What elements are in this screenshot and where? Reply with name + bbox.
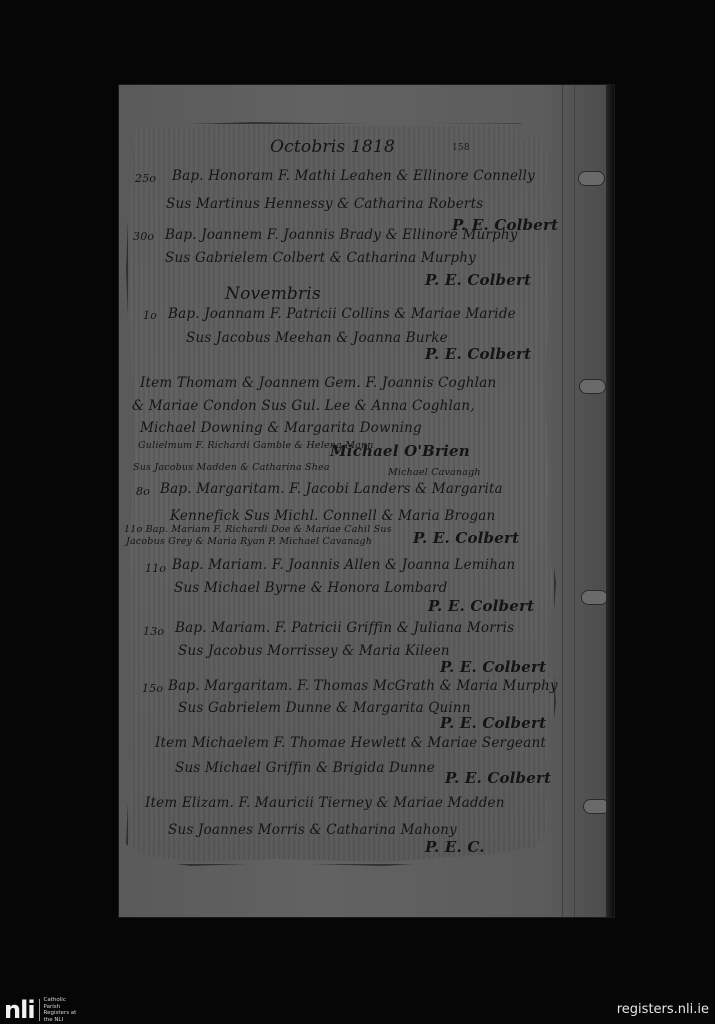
backing-edge bbox=[606, 85, 614, 917]
entry-sponsors: Sus Jacobus Meehan & Joanna Burke bbox=[186, 330, 448, 346]
entry-note-sponsors: Jacobus Grey & Maria Ryan P. Michael Cav… bbox=[126, 536, 372, 547]
entry-text: Item Michaelem F. Thomae Hewlett & Maria… bbox=[155, 735, 546, 751]
brand-tagline: Catholic Parish Registers at the NLI bbox=[44, 997, 84, 1023]
entry-date: 1o bbox=[143, 309, 157, 322]
image-viewer[interactable]: Octobris 1818 158 25o Bap. Honoram F. Ma… bbox=[0, 0, 715, 1024]
site-link[interactable]: registers.nli.ie bbox=[617, 1002, 709, 1017]
entry-signature: P. E. Colbert bbox=[440, 658, 546, 676]
binding-slot bbox=[581, 590, 608, 605]
entry-sponsors: Sus Gabrielem Dunne & Margarita Quinn bbox=[178, 700, 471, 716]
margin-rule bbox=[562, 85, 563, 917]
entry-date: 15o bbox=[142, 682, 163, 695]
nli-logo: nli bbox=[4, 998, 35, 1022]
entry-signature: P. E. Colbert bbox=[413, 529, 519, 547]
entry-text: Item Thomam & Joannem Gem. F. Joannis Co… bbox=[140, 375, 496, 391]
brand-tagline-line: Catholic Parish bbox=[44, 997, 84, 1010]
entry-note-sponsors: Sus Jacobus Madden & Catharina Shea bbox=[133, 462, 330, 473]
entry-sponsors: Sus Joannes Morris & Catharina Mahony bbox=[168, 822, 457, 838]
nli-branding: nli Catholic Parish Registers at the NLI bbox=[4, 997, 84, 1023]
entry-sponsors: Sus Martinus Hennessy & Catharina Robert… bbox=[166, 196, 483, 212]
entry-text: Bap. Mariam. F. Patricii Griffin & Julia… bbox=[175, 620, 514, 636]
entry-date: 11o bbox=[145, 562, 166, 575]
entry-signature: P. E. Colbert bbox=[440, 714, 546, 732]
entry-sponsors: Sus Michael Griffin & Brigida Dunne bbox=[175, 760, 435, 776]
folio-number: 158 bbox=[452, 143, 470, 153]
entry-text: Bap. Joannam F. Patricii Collins & Maria… bbox=[168, 306, 516, 322]
entry-signature: Michael O'Brien bbox=[330, 442, 470, 460]
month-year-heading: Octobris 1818 bbox=[270, 137, 395, 157]
entry-signature: P. E. Colbert bbox=[428, 597, 534, 615]
entry-text: Bap. Honoram F. Mathi Leahen & Ellinore … bbox=[172, 168, 535, 184]
entry-extra: Michael Downing & Margarita Downing bbox=[140, 420, 422, 436]
brand-divider bbox=[39, 999, 40, 1021]
entry-text: Bap. Mariam. F. Joannis Allen & Joanna L… bbox=[172, 557, 515, 573]
entry-text: Bap. Joannem F. Joannis Brady & Ellinore… bbox=[165, 227, 518, 243]
entry-signature: P. E. Colbert bbox=[425, 345, 531, 363]
entry-signature: P. E. C. bbox=[425, 838, 485, 856]
entry-signature: P. E. Colbert bbox=[445, 769, 551, 787]
entry-sponsors: Sus Jacobus Morrissey & Maria Kileen bbox=[178, 643, 450, 659]
entry-date: 25o bbox=[135, 172, 156, 185]
entry-text: Bap. Margaritam. F. Jacobi Landers & Mar… bbox=[160, 481, 503, 497]
binding-slot bbox=[578, 171, 605, 186]
entry-sponsors: Kennefick Sus Michl. Connell & Maria Bro… bbox=[170, 508, 495, 524]
entry-date: 30o bbox=[133, 230, 154, 243]
entry-signature: P. E. Colbert bbox=[425, 271, 531, 289]
entry-sponsors: Sus Gabrielem Colbert & Catharina Murphy bbox=[165, 250, 476, 266]
entry-date: 8o bbox=[136, 485, 150, 498]
entry-date: 13o bbox=[143, 625, 164, 638]
entry-text: Item Elizam. F. Mauricii Tierney & Maria… bbox=[145, 795, 505, 811]
margin-rule bbox=[574, 85, 575, 917]
binding-slot bbox=[579, 379, 606, 394]
entry-note: 11o Bap. Mariam F. Richardi Doe & Mariae… bbox=[124, 524, 392, 535]
month-heading: Novembris bbox=[225, 284, 321, 304]
entry-sponsors: & Mariae Condon Sus Gul. Lee & Anna Cogh… bbox=[132, 398, 475, 414]
entry-sponsors: Sus Michael Byrne & Honora Lombard bbox=[174, 580, 447, 596]
brand-tagline-line: the NLI bbox=[44, 1017, 84, 1024]
entry-text: Bap. Margaritam. F. Thomas McGrath & Mar… bbox=[168, 678, 558, 694]
entry-signature-secondary: Michael Cavanagh bbox=[388, 467, 481, 478]
